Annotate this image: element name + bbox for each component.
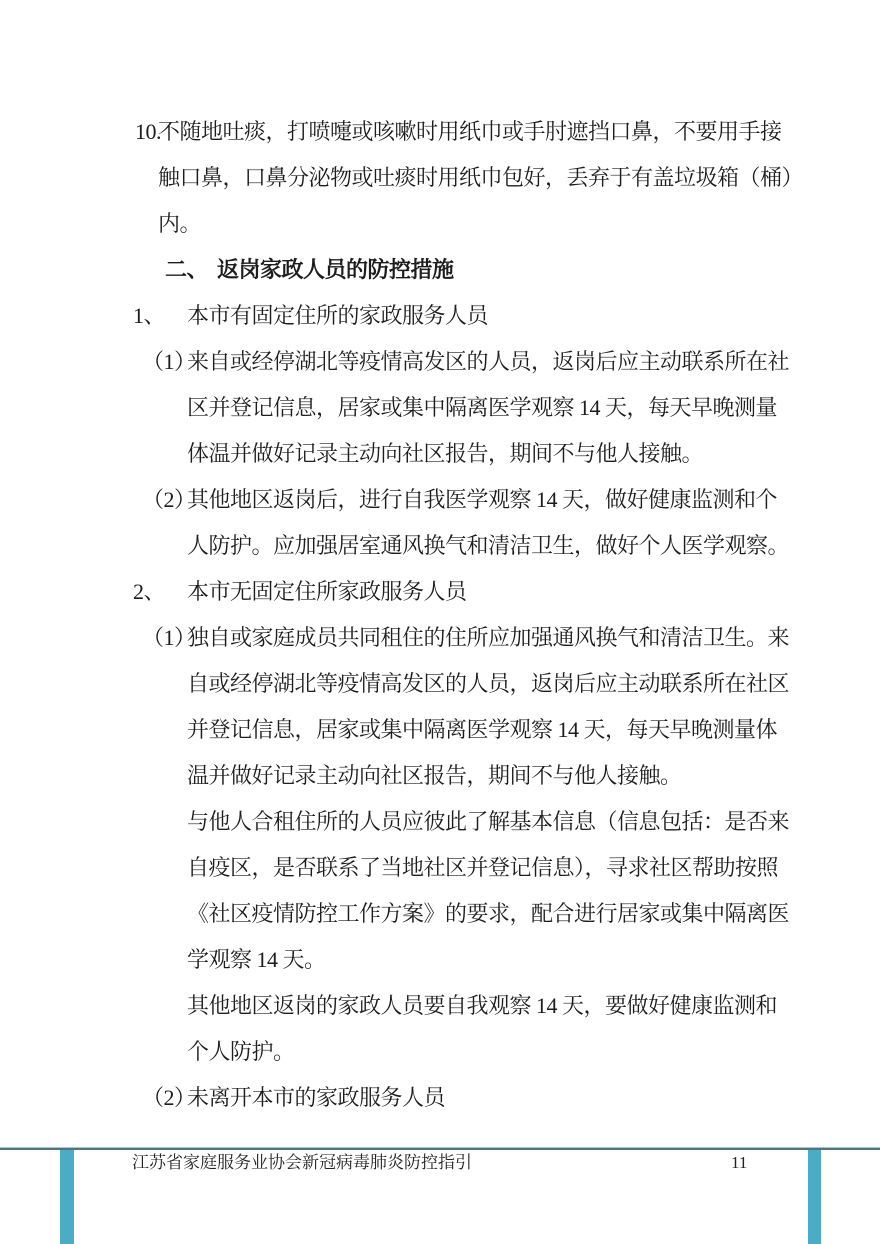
footer-document-title: 江苏省家庭服务业协会新冠病毒肺炎防控指引 [132,1152,472,1174]
sub-item-3-line-8: 学观察 14 天。 [0,937,880,983]
document-page: 10. 不随地吐痰，打喷嚏或咳嗽时用纸巾或手肘遮挡口鼻，不要用手接 触口鼻，口鼻… [0,0,880,1244]
line-text: 自或经停湖北等疫情高发区的人员，返岗后应主动联系所在社区 [187,661,789,707]
list-item-1-title: 1、 本市有固定住所的家政服务人员 [0,293,880,339]
footer-rule [0,1147,880,1150]
right-accent-bar [808,1150,821,1244]
line-text: 体温并做好记录主动向社区报告，期间不与他人接触。 [187,431,703,477]
sub-item-3-line-1: （1） 独自或家庭成员共同租住的住所应加强通风换气和清洁卫生。来 [0,615,880,661]
sub-item-3-line-3: 并登记信息，居家或集中隔离医学观察 14 天，每天早晚测量体 [0,707,880,753]
sub-item-2-line-1: （2） 其他地区返岗后，进行自我医学观察 14 天，做好健康监测和个 [0,477,880,523]
sub-item-4-line-1: （2） 未离开本市的家政服务人员 [0,1075,880,1121]
line-text: 与他人合租住所的人员应彼此了解基本信息（信息包括：是否来 [187,799,789,845]
line-text: 未离开本市的家政服务人员 [187,1075,445,1121]
line-text: 个人防护。 [187,1029,295,1075]
line-text: 并登记信息，居家或集中隔离医学观察 14 天，每天早晚测量体 [187,707,777,753]
sub-item-1-line-1: （1） 来自或经停湖北等疫情高发区的人员，返岗后应主动联系所在社 [0,339,880,385]
sub-item-3-line-2: 自或经停湖北等疫情高发区的人员，返岗后应主动联系所在社区 [0,661,880,707]
line-text: 其他地区返岗后，进行自我医学观察 14 天，做好健康监测和个 [187,477,777,523]
list-marker: 1、 [133,293,165,339]
list-item-10-line-2: 触口鼻，口鼻分泌物或吐痰时用纸巾包好，丢弃于有盖垃圾箱（桶） [0,155,880,201]
sub-item-1-line-2: 区并登记信息，居家或集中隔离医学观察 14 天，每天早晚测量 [0,385,880,431]
list-item-10-line-3: 内。 [0,201,880,247]
line-text: 本市有固定住所的家政服务人员 [187,293,488,339]
line-text: 触口鼻，口鼻分泌物或吐痰时用纸巾包好，丢弃于有盖垃圾箱（桶） [158,155,803,201]
list-item-10-line-1: 10. 不随地吐痰，打喷嚏或咳嗽时用纸巾或手肘遮挡口鼻，不要用手接 [0,109,880,155]
list-marker: 2、 [133,569,165,615]
sub-item-3-line-9: 其他地区返岗的家政人员要自我观察 14 天，要做好健康监测和 [0,983,880,1029]
line-text: 不随地吐痰，打喷嚏或咳嗽时用纸巾或手肘遮挡口鼻，不要用手接 [158,109,782,155]
line-text: 其他地区返岗的家政人员要自我观察 14 天，要做好健康监测和 [187,983,777,1029]
sub-item-2-line-2: 人防护。应加强居室通风换气和清洁卫生，做好个人医学观察。 [0,523,880,569]
line-text: 人防护。应加强居室通风换气和清洁卫生，做好个人医学观察。 [187,523,789,569]
sub-item-3-line-4: 温并做好记录主动向社区报告，期间不与他人接触。 [0,753,880,799]
sub-item-1-line-3: 体温并做好记录主动向社区报告，期间不与他人接触。 [0,431,880,477]
line-text: 自疫区，是否联系了当地社区并登记信息），寻求社区帮助按照 [187,845,778,891]
sub-item-3-line-10: 个人防护。 [0,1029,880,1075]
list-item-2-title: 2、 本市无固定住所家政服务人员 [0,569,880,615]
line-text: 温并做好记录主动向社区报告，期间不与他人接触。 [187,753,682,799]
section-heading: 二、 返岗家政人员的防控措施 [0,247,880,293]
line-text: 内。 [158,201,201,247]
page-number: 11 [731,1152,747,1174]
line-text: 来自或经停湖北等疫情高发区的人员，返岗后应主动联系所在社 [187,339,789,385]
left-accent-bar [60,1150,74,1244]
sub-item-3-line-6: 自疫区，是否联系了当地社区并登记信息），寻求社区帮助按照 [0,845,880,891]
sub-item-3-line-5: 与他人合租住所的人员应彼此了解基本信息（信息包括：是否来 [0,799,880,845]
line-text: 《社区疫情防控工作方案》的要求，配合进行居家或集中隔离医 [187,891,789,937]
line-text: 独自或家庭成员共同租住的住所应加强通风换气和清洁卫生。来 [187,615,789,661]
section-heading-text: 返岗家政人员的防控措施 [217,247,454,293]
line-text: 区并登记信息，居家或集中隔离医学观察 14 天，每天早晚测量 [187,385,777,431]
line-text: 本市无固定住所家政服务人员 [187,569,467,615]
section-heading-marker: 二、 [165,247,208,293]
sub-item-3-line-7: 《社区疫情防控工作方案》的要求，配合进行居家或集中隔离医 [0,891,880,937]
line-text: 学观察 14 天。 [187,937,326,983]
